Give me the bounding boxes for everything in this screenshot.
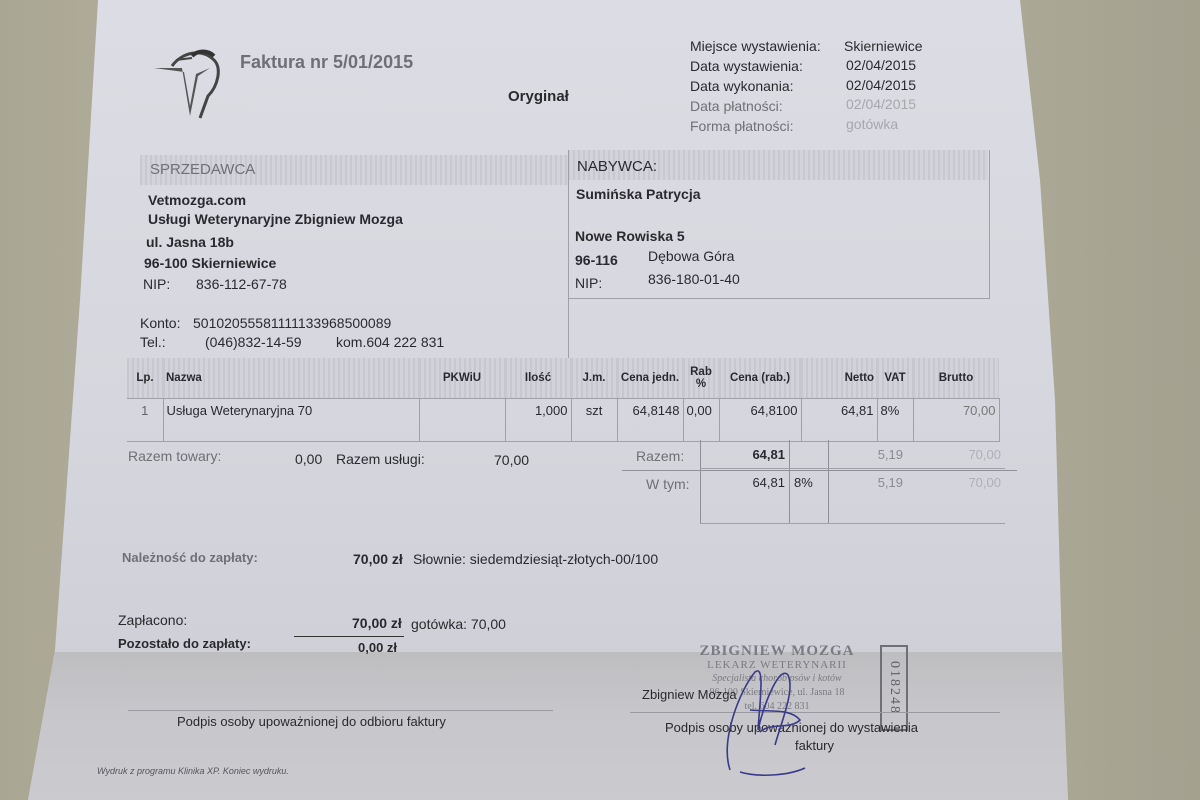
col-header-gross: Brutto (913, 358, 999, 399)
seller-nip: 836-112-67-78 (196, 276, 287, 292)
buyer-name: Sumińska Patrycja (576, 186, 701, 202)
remaining-value: 0,00 zł (358, 640, 397, 655)
services-total-value: 70,00 (494, 452, 529, 468)
remaining-label: Pozostało do zapłaty: (118, 636, 251, 651)
stamp-line-1: ZBIGNIEW MOZGA (682, 644, 872, 658)
seller-tel-label: Tel.: (140, 334, 166, 350)
col-header-unit: J.m. (571, 358, 617, 399)
seller-heading: SPRZEDAWCA (150, 161, 255, 178)
cell-net: 64,81 (801, 399, 877, 442)
meta-label-issue-date: Data wystawienia: (690, 58, 803, 74)
services-total-label: Razem usługi: (336, 451, 425, 467)
cell-pkwiu (419, 399, 505, 442)
stamp-number-box: 018248 (880, 645, 908, 731)
col-header-lp: Lp. (127, 358, 163, 399)
meta-label-payment-date: Data płatności: (690, 98, 783, 114)
vat-summary-row: 64,81 5,19 70,00 (701, 440, 1006, 469)
vat-rate-vat: 5,19 (829, 469, 908, 524)
items-table: Lp. Nazwa PKWiU Ilość J.m. Cena jedn. Ra… (127, 358, 1000, 442)
receiver-signature-caption: Podpis osoby upoważnionej do odbioru fak… (177, 714, 446, 729)
vat-total-gross: 70,00 (907, 440, 1005, 469)
col-header-qty: Ilość (505, 358, 571, 399)
buyer-heading: NABYWCA: (577, 158, 657, 175)
receiver-signature-line (128, 710, 553, 711)
buyer-postcode: 96-116 (575, 252, 618, 268)
stamp-number: 018248 (886, 661, 902, 715)
items-table-header: Lp. Nazwa PKWiU Ilość J.m. Cena jedn. Ra… (127, 358, 999, 399)
buyer-nip: 836-180-01-40 (648, 271, 740, 287)
cell-gross: 70,00 (913, 399, 999, 442)
col-header-pkwiu: PKWiU (419, 358, 505, 399)
buyer-city: Dębowa Góra (648, 248, 734, 264)
meta-value-execution-date: 02/04/2015 (846, 77, 916, 93)
cell-vat: 8% (877, 399, 913, 442)
meta-label-execution-date: Data wykonania: (690, 78, 794, 94)
meta-value-payment-date: 02/04/2015 (846, 96, 916, 112)
cell-discount: 0,00 (683, 399, 719, 442)
cell-discounted-price: 64,8100 (719, 399, 801, 442)
meta-value-issue-date: 02/04/2015 (846, 57, 916, 73)
seller-account-label: Konto: (140, 315, 180, 331)
paid-value: 70,00 zł (352, 615, 402, 631)
col-header-vat: VAT (877, 358, 913, 399)
vat-rate-net: 64,81 (701, 469, 790, 524)
cell-qty: 1,000 (505, 399, 571, 442)
seller-nip-label: NIP: (143, 276, 170, 292)
invoice-title: Faktura nr 5/01/2015 (240, 52, 413, 73)
goods-total-value: 0,00 (295, 451, 322, 467)
vat-total-vat: 5,19 (829, 440, 908, 469)
meta-label-payment-form: Forma płatności: (690, 118, 793, 134)
col-header-unit-price: Cena jedn. (617, 358, 683, 399)
vat-summary-in-label: W tym: (646, 476, 690, 492)
seller-name-2: Usługi Weterynaryjne Zbigniew Mozga (148, 211, 403, 227)
vet-logo-icon (152, 46, 232, 122)
seller-street: ul. Jasna 18b (146, 234, 234, 250)
vat-total-net: 64,81 (701, 440, 790, 469)
cell-lp: 1 (127, 399, 163, 442)
vat-total-rate (790, 440, 829, 469)
seller-city: 96-100 Skierniewice (144, 255, 276, 271)
col-header-net: Netto (801, 358, 877, 399)
invoice-paper: Faktura nr 5/01/2015 Oryginał Miejsce wy… (0, 0, 1200, 800)
footer-note: Wydruk z programu Klinika XP. Koniec wyd… (97, 766, 289, 776)
buyer-street: Nowe Rowiska 5 (575, 228, 685, 244)
seller-name-1: Vetmozga.com (148, 192, 246, 208)
copy-label: Oryginał (508, 88, 569, 105)
col-header-name: Nazwa (163, 358, 419, 399)
meta-value-place: Skierniewice (844, 38, 923, 54)
col-header-discounted-price: Cena (rab.) (719, 358, 801, 399)
meta-label-place: Miejsce wystawienia: (690, 38, 821, 54)
seller-tel: (046)832-14-59 (205, 334, 302, 350)
cell-name: Usługa Weterynaryjna 70 (163, 399, 419, 442)
paid-label: Zapłacono: (118, 612, 187, 628)
buyer-nip-label: NIP: (575, 275, 602, 291)
amount-due-label: Należność do zapłaty: (122, 550, 258, 565)
amount-in-words: Słownie: siedemdziesiąt-złotych-00/100 (413, 551, 658, 567)
paid-method: gotówka: 70,00 (411, 616, 506, 632)
vat-summary-row: 64,81 8% 5,19 70,00 (701, 469, 1006, 524)
goods-total-label: Razem towary: (128, 448, 221, 464)
meta-value-payment-form: gotówka (846, 116, 898, 132)
cell-unit-price: 64,8148 (617, 399, 683, 442)
vat-rate-rate: 8% (790, 469, 829, 524)
vat-summary-total-label: Razem: (636, 448, 684, 464)
vat-summary-table: 64,81 5,19 70,00 64,81 8% 5,19 70,00 (700, 440, 1005, 524)
vat-rate-gross: 70,00 (907, 469, 1005, 524)
seller-mobile: kom.604 222 831 (336, 334, 444, 350)
paid-underline (294, 636, 404, 637)
table-row: 1 Usługa Weterynaryjna 70 1,000 szt 64,8… (127, 399, 999, 442)
col-header-discount: Rab % (683, 358, 719, 399)
handwritten-signature-icon (720, 660, 830, 780)
seller-account: 50102055581111133968500089 (193, 315, 391, 331)
amount-due-value: 70,00 zł (353, 551, 403, 567)
cell-unit: szt (571, 399, 617, 442)
